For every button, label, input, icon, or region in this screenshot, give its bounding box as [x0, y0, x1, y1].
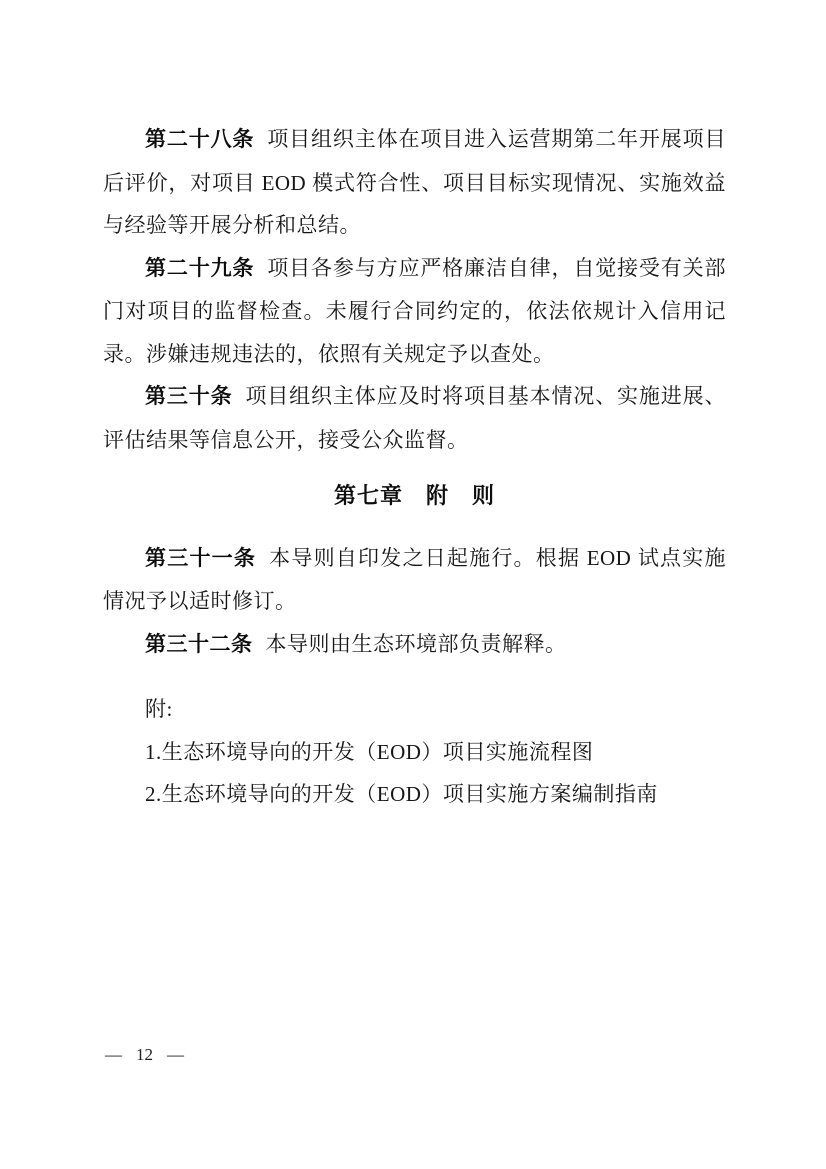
- article-29-paragraph: 第二十九条项目各参与方应严格廉洁自律，自觉接受有关部门对项目的监督检查。未履行合…: [103, 247, 726, 376]
- attachments-label: 附:: [103, 688, 726, 731]
- footer-right-dash: —: [167, 1042, 184, 1068]
- article-28-number: 第二十八条: [145, 128, 254, 151]
- article-31-paragraph: 第三十一条本导则自印发之日起施行。根据 EOD 试点实施情况予以适时修订。: [103, 537, 726, 623]
- article-30-paragraph: 第三十条项目组织主体应及时将项目基本情况、实施进展、评估结果等信息公开，接受公众…: [103, 375, 726, 461]
- article-32-number: 第三十二条: [145, 633, 253, 656]
- article-28-paragraph: 第二十八条项目组织主体在项目进入运营期第二年开展项目后评价，对项目 EOD 模式…: [103, 118, 726, 247]
- document-content: 第二十八条项目组织主体在项目进入运营期第二年开展项目后评价，对项目 EOD 模式…: [103, 118, 726, 816]
- attachment-item-2: 2.生态环境导向的开发（EOD）项目实施方案编制指南: [103, 773, 726, 816]
- footer-page-number: 12: [136, 1042, 153, 1068]
- article-32-paragraph: 第三十二条本导则由生态环境部负责解释。: [103, 623, 726, 667]
- article-30-number: 第三十条: [145, 385, 232, 408]
- article-31-number: 第三十一条: [145, 547, 256, 570]
- article-29-number: 第二十九条: [145, 257, 254, 280]
- chapter-7-heading: 第七章 附 则: [103, 475, 726, 518]
- article-32-body: 本导则由生态环境部负责解释。: [266, 632, 567, 656]
- document-page: 第二十八条项目组织主体在项目进入运营期第二年开展项目后评价，对项目 EOD 模式…: [0, 0, 826, 1169]
- page-footer: — 12 —: [105, 1042, 184, 1068]
- attachment-item-1: 1.生态环境导向的开发（EOD）项目实施流程图: [103, 731, 726, 774]
- footer-left-dash: —: [105, 1042, 122, 1068]
